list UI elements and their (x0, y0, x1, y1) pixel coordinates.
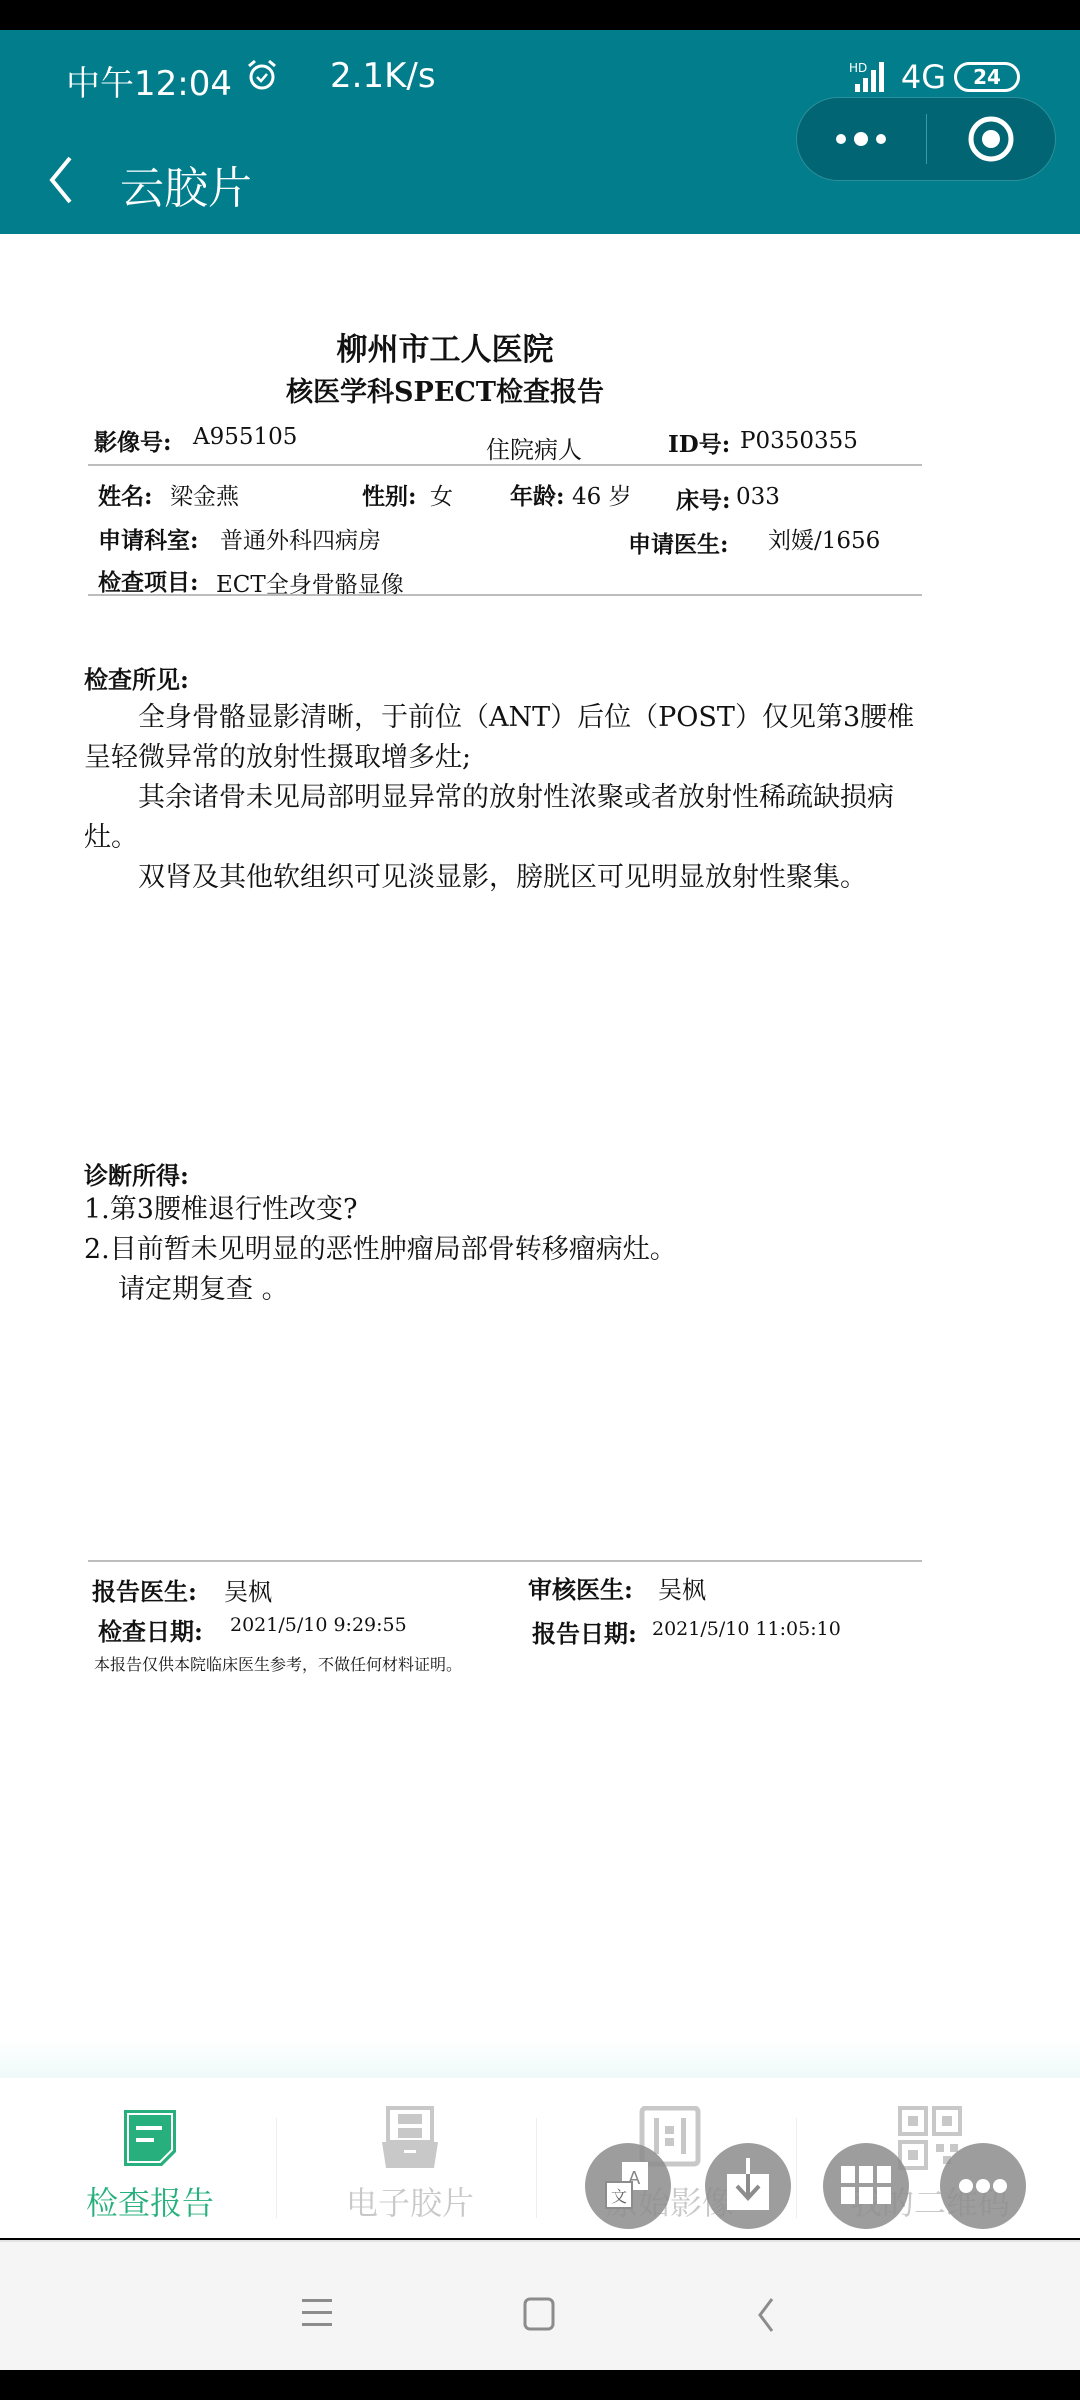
sex-value: 女 (430, 478, 453, 511)
bottom-black-bezel (0, 2370, 1080, 2400)
age-value: 46 岁 (572, 478, 632, 511)
report-date-label: 报告日期: (532, 1614, 637, 1649)
name-label: 姓名: (98, 478, 153, 511)
divider (88, 1560, 922, 1562)
dept-value: 普通外科四病房 (220, 522, 381, 555)
grid-apps-icon (841, 2166, 891, 2206)
alarm-icon (245, 58, 279, 92)
findings-paragraph: 全身骨骼显影清晰，于前位（ANT）后位（POST）仅见第3腰椎呈轻微异常的放射性… (84, 698, 924, 778)
more-dots-icon (833, 129, 889, 149)
id-value: P0350355 (740, 428, 858, 454)
tab-report[interactable]: 检查报告 (20, 2078, 280, 2238)
exam-date-label: 检查日期: (98, 1612, 203, 1647)
divider (88, 594, 922, 596)
tab-divider (536, 2118, 537, 2218)
report-doctor-label: 报告医生: (92, 1572, 197, 1607)
status-right: HD 4G 24 (849, 58, 1020, 96)
image-no-value: A955105 (193, 424, 297, 450)
back-icon[interactable] (750, 2297, 790, 2337)
findings-paragraph: 双肾及其他软组织可见淡显影，膀胱区可见明显放射性聚集。 (84, 858, 924, 898)
report-title: 核医学科SPECT检查报告 (0, 370, 890, 409)
name-value: 梁金燕 (170, 478, 239, 511)
target-circle-icon (966, 114, 1016, 164)
sex-label: 性别: (362, 478, 417, 511)
findings-paragraph: 其余诸骨未见局部明显异常的放射性浓聚或者放射性稀疏缺损病灶。 (84, 778, 924, 858)
tab-divider (276, 2118, 277, 2218)
battery-icon: 24 (954, 62, 1020, 92)
diagnosis-item: 1.第3腰椎退行性改变? (84, 1190, 924, 1230)
report-icon (118, 2106, 182, 2170)
findings-heading: 检查所见: (84, 660, 189, 695)
svg-text:文: 文 (611, 2187, 627, 2206)
disclaimer: 本报告仅供本院临床医生参考，不做任何材料证明。 (94, 1652, 462, 1675)
download-icon (723, 2158, 773, 2214)
patient-type: 住院病人 (486, 430, 582, 465)
network-speed: 2.1K/s (330, 56, 436, 96)
report-page: 柳州市工人医院 核医学科SPECT检查报告 影像号: A955105 住院病人 … (0, 234, 1080, 2080)
top-black-bezel (0, 0, 1080, 30)
tab-label: 检查报告 (20, 2178, 280, 2224)
mini-program-capsule (796, 97, 1056, 181)
req-doctor-value: 刘媛/1656 (768, 522, 880, 555)
page-title: 云胶片 (120, 152, 252, 216)
translate-button[interactable]: A文 (585, 2143, 671, 2229)
dept-label: 申请科室: (98, 522, 199, 555)
diagnosis-text: 1.第3腰椎退行性改变? 2.目前暂未见明显的恶性肿瘤局部骨转移瘤病灶。 请定期… (84, 1190, 924, 1310)
findings-text: 全身骨骼显影清晰，于前位（ANT）后位（POST）仅见第3腰椎呈轻微异常的放射性… (84, 698, 924, 898)
report-date-value: 2021/5/10 11:05:10 (652, 1618, 841, 1640)
hospital-name: 柳州市工人医院 (0, 324, 890, 369)
diagnosis-item: 2.目前暂未见明显的恶性肿瘤局部骨转移瘤病灶。 (84, 1230, 924, 1270)
review-doctor-value: 吴枫 (658, 1570, 706, 1605)
bottom-tab-bar: 检查报告 电子胶片 原始影像 我的二维码 (0, 2078, 1080, 2238)
bed-label: 床号: (676, 482, 731, 515)
report-doctor-value: 吴枫 (224, 1572, 272, 1607)
more-options-button[interactable] (940, 2143, 1026, 2229)
home-icon[interactable] (522, 2297, 562, 2337)
diagnosis-heading: 诊断所得: (84, 1156, 189, 1191)
apps-grid-button[interactable] (823, 2143, 909, 2229)
close-button[interactable] (927, 98, 1056, 180)
tab-film[interactable]: 电子胶片 (280, 2078, 540, 2238)
tab-label: 电子胶片 (280, 2178, 540, 2224)
req-doctor-label: 申请医生: (628, 526, 729, 559)
status-time: 中午12:04 (66, 56, 232, 105)
recents-menu-icon[interactable] (300, 2297, 340, 2337)
review-doctor-label: 审核医生: (528, 1570, 633, 1605)
film-icon (378, 2106, 442, 2170)
image-no-label: 影像号: (94, 424, 172, 457)
bed-value: 033 (736, 484, 780, 510)
hd-label: HD (849, 61, 867, 75)
fade-overlay (0, 2040, 1080, 2080)
exam-date-value: 2021/5/10 9:29:55 (230, 1614, 407, 1636)
diagnosis-item: 请定期复查 。 (84, 1270, 924, 1310)
signal-icon: HD (849, 60, 893, 94)
system-nav-bar (0, 2240, 1080, 2370)
exam-item-label: 检查项目: (98, 564, 199, 597)
id-label: ID号: (668, 426, 730, 459)
divider (88, 464, 922, 466)
more-button[interactable] (797, 98, 926, 180)
age-label: 年龄: (510, 478, 565, 511)
back-chevron-icon[interactable] (40, 150, 80, 210)
download-button[interactable] (705, 2143, 791, 2229)
network-type: 4G (901, 58, 946, 96)
tab-divider (796, 2118, 797, 2218)
more-icon (958, 2178, 1008, 2194)
translate-icon: A文 (600, 2158, 656, 2214)
